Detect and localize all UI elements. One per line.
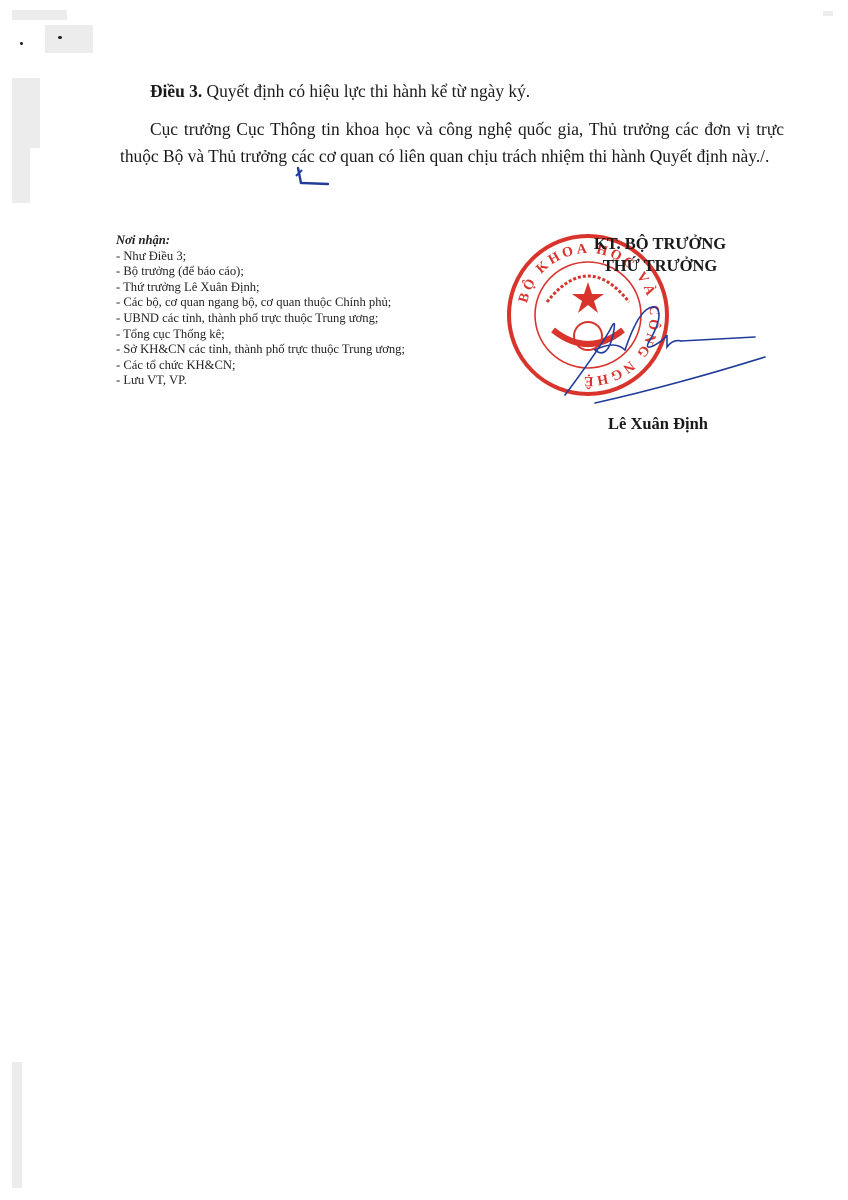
recipients-list: Nơi nhận: - Như Điều 3; - Bộ trưởng (để … xyxy=(116,233,405,389)
recipient-item: - Tổng cục Thống kê; xyxy=(116,327,405,343)
recipient-item: - Lưu VT, VP. xyxy=(116,373,405,389)
responsibility-text: Cục trưởng Cục Thông tin khoa học và côn… xyxy=(120,119,784,166)
article-label: Điều 3. xyxy=(150,81,202,101)
article-text: Quyết định có hiệu lực thi hành kể từ ng… xyxy=(202,81,530,101)
recipients-title: Nơi nhận: xyxy=(116,233,405,249)
article-3-paragraph: Điều 3. Quyết định có hiệu lực thi hành … xyxy=(120,78,784,105)
recipient-item: - Các tổ chức KH&CN; xyxy=(116,358,405,374)
recipient-item: - Thứ trưởng Lê Xuân Định; xyxy=(116,280,405,296)
scan-shadow-top-left xyxy=(12,10,67,20)
scan-shadow-left-edge xyxy=(12,78,40,148)
scan-shadow-bottom-left xyxy=(12,1062,22,1188)
signature-block: KT. BỘ TRƯỞNG THỨ TRƯỞNG xyxy=(540,233,780,277)
scan-shadow-top-left xyxy=(45,25,93,53)
signature-role-line2: THỨ TRƯỞNG xyxy=(540,255,780,277)
recipient-item: - UBND các tỉnh, thành phố trực thuộc Tr… xyxy=(116,311,405,327)
responsibility-paragraph: Cục trưởng Cục Thông tin khoa học và côn… xyxy=(120,116,784,170)
signer-name: Lê Xuân Định xyxy=(608,414,708,434)
scan-speck xyxy=(58,36,62,39)
handwritten-signature-icon xyxy=(555,295,775,405)
recipient-item: - Bộ trưởng (để báo cáo); xyxy=(116,264,405,280)
scan-speck xyxy=(20,42,23,45)
scan-shadow-top-right xyxy=(823,11,833,16)
recipient-item: - Các bộ, cơ quan ngang bộ, cơ quan thuộ… xyxy=(116,295,405,311)
signature-role-line1: KT. BỘ TRƯỞNG xyxy=(540,233,780,255)
recipient-item: - Sở KH&CN các tỉnh, thành phố trực thuộ… xyxy=(116,342,405,358)
scan-shadow-left-edge xyxy=(12,148,30,203)
recipient-item: - Như Điều 3; xyxy=(116,249,405,265)
handwritten-tick-icon xyxy=(292,166,332,188)
